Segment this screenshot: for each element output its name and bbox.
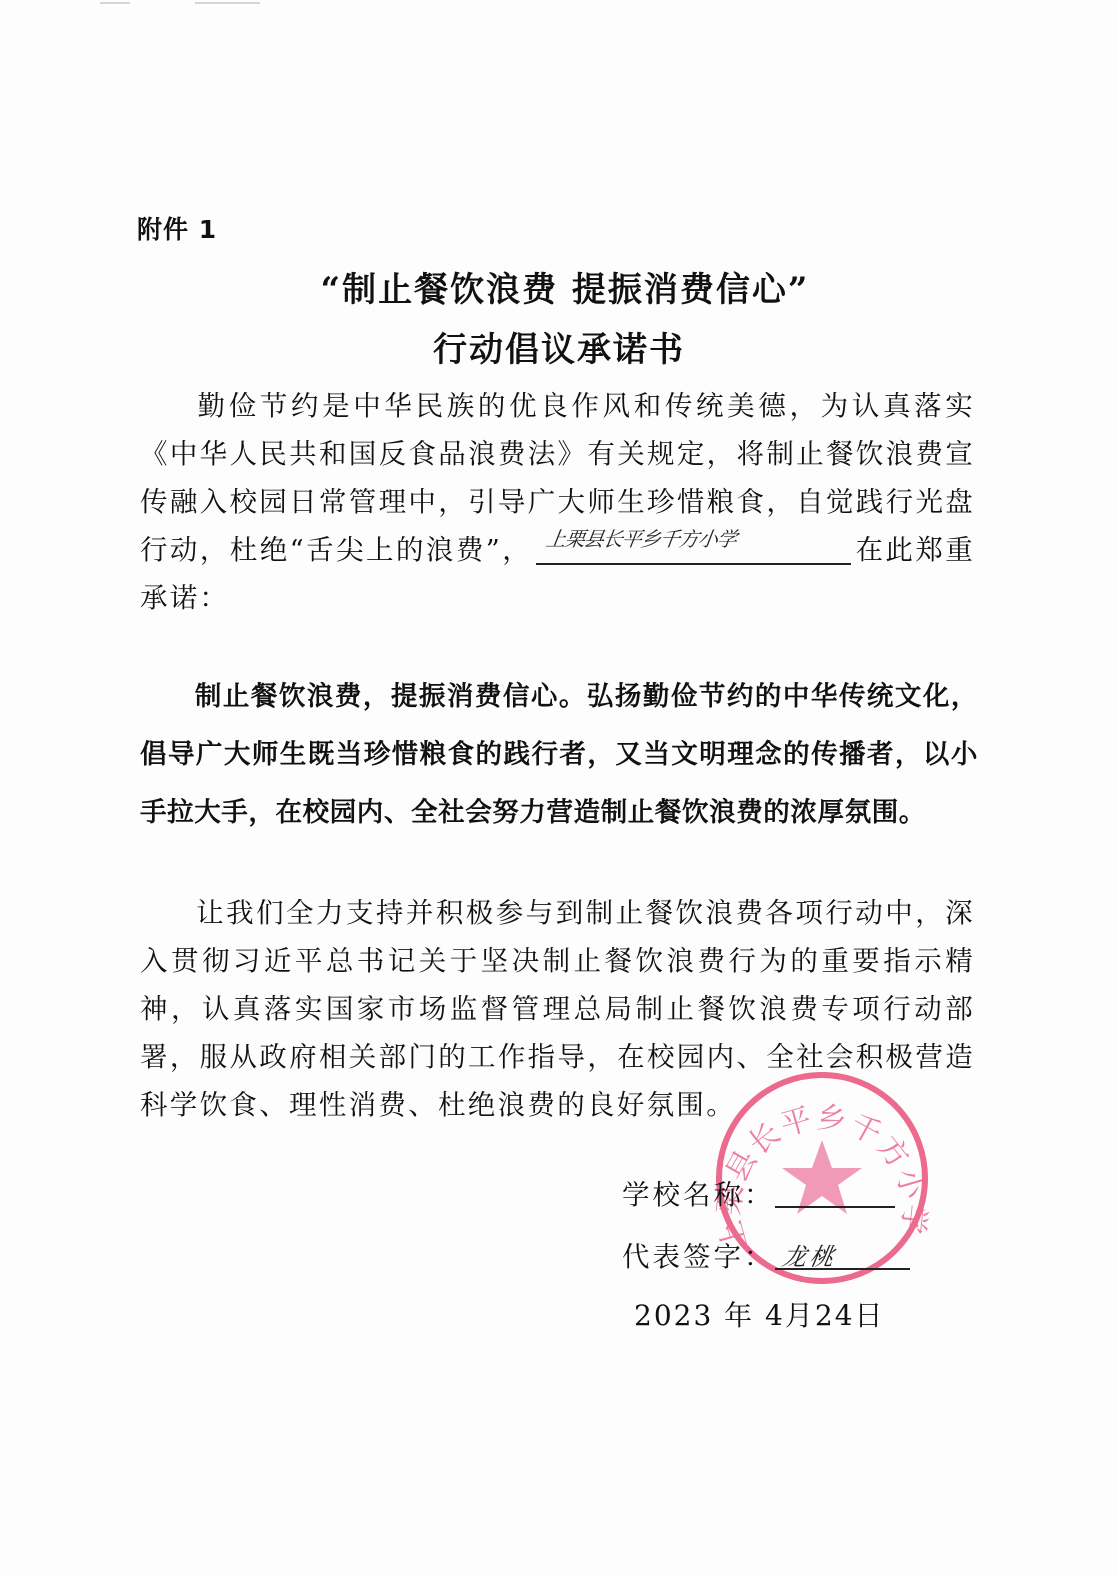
attachment-label: 附件 1 bbox=[137, 210, 217, 246]
school-name-label: 学校名称： bbox=[622, 1179, 775, 1211]
school-name-blank: 上栗县长平乡千方小学 bbox=[536, 531, 851, 565]
commitment-paragraph: 制止餐饮浪费，提振消费信心。弘扬勤俭节约的中华传统文化，倡导广大师生既当珍惜粮食… bbox=[140, 668, 978, 842]
representative-signature-field: 龙桃 bbox=[775, 1240, 910, 1270]
handwritten-signature: 龙桃 bbox=[779, 1237, 839, 1272]
closing-text: 让我们全力支持并积极参与到制止餐饮浪费各项行动中，深入贯彻习近平总书记关于坚决制… bbox=[140, 897, 975, 1121]
handwritten-school-name: 上栗县长平乡千方小学 bbox=[543, 515, 740, 563]
document-page: 附件 1 “制止餐饮浪费 提振消费信心” 行动倡议承诺书 勤俭节约是中华民族的优… bbox=[0, 0, 1118, 1576]
document-title-line1: “制止餐饮浪费 提振消费信心” bbox=[6, 262, 1118, 311]
school-name-field bbox=[775, 1178, 895, 1208]
commitment-text: 制止餐饮浪费，提振消费信心。弘扬勤俭节约的中华传统文化，倡导广大师生既当珍惜粮食… bbox=[140, 681, 978, 828]
signing-date: 2023 年 4月24日 bbox=[634, 1294, 885, 1334]
representative-label: 代表签字： bbox=[622, 1241, 775, 1273]
school-name-row: 学校名称： bbox=[622, 1172, 895, 1212]
scan-artifact bbox=[195, 2, 260, 4]
document-title-line2: 行动倡议承诺书 bbox=[0, 322, 1118, 371]
intro-paragraph: 勤俭节约是中华民族的优良作风和传统美德，为认真落实《中华人民共和国反食品浪费法》… bbox=[140, 382, 975, 622]
representative-row: 代表签字：龙桃 bbox=[622, 1234, 910, 1274]
scan-artifact bbox=[100, 2, 130, 4]
closing-paragraph: 让我们全力支持并积极参与到制止餐饮浪费各项行动中，深入贯彻习近平总书记关于坚决制… bbox=[140, 889, 975, 1129]
